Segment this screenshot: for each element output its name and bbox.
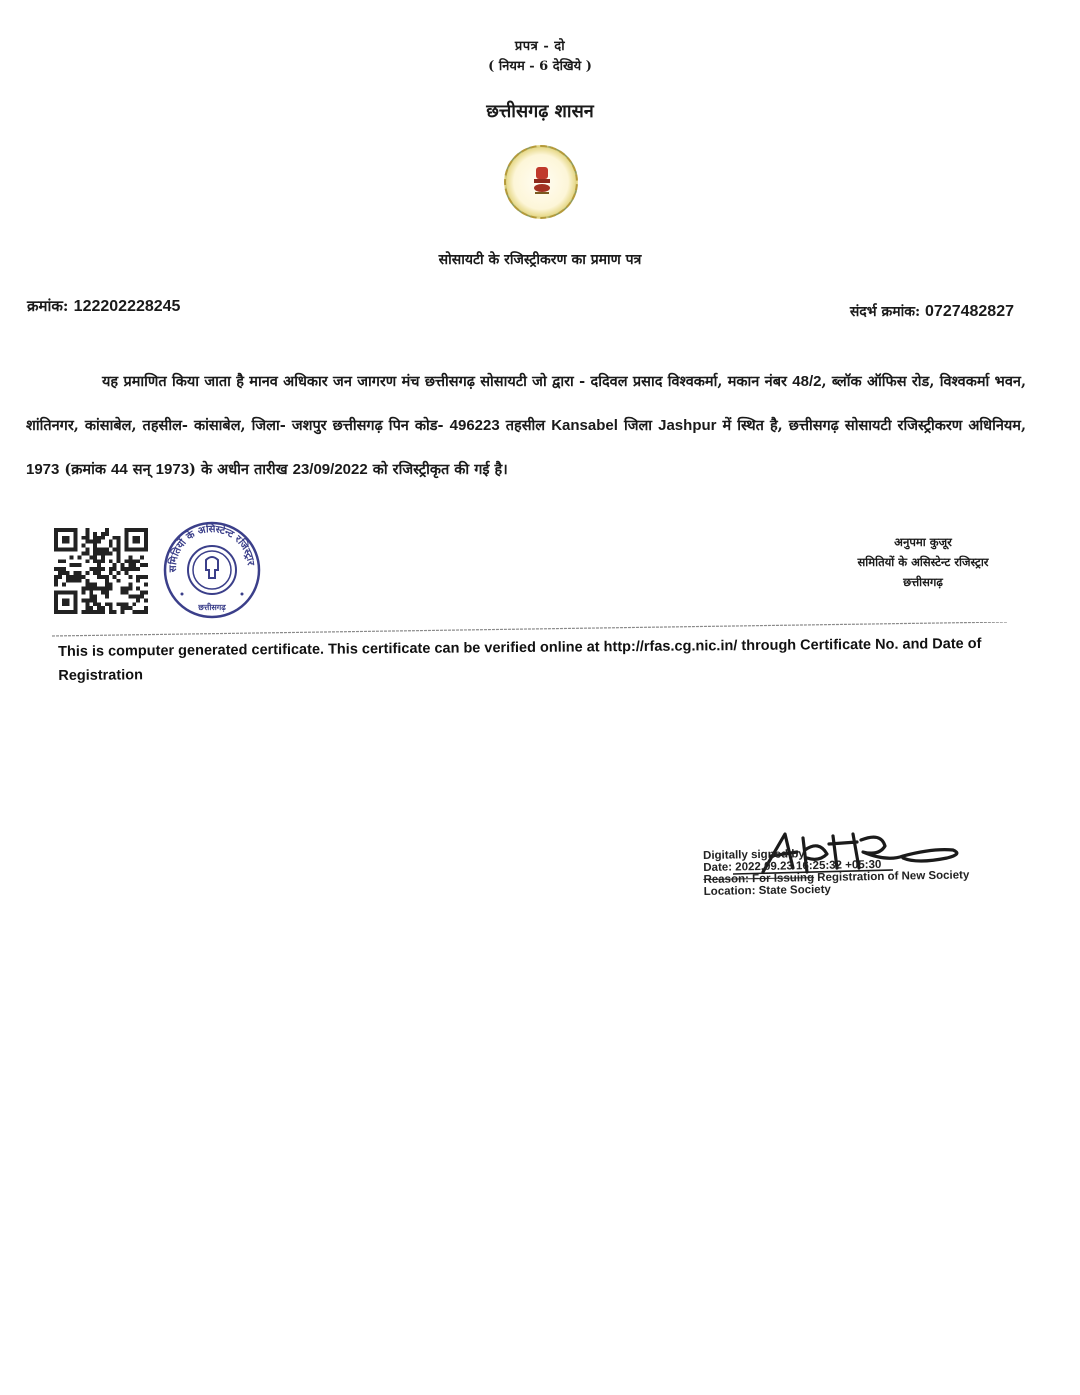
body-text: में स्थित है, छत्तीसगढ़ सोसायटी रजिस्ट्र… (716, 417, 1026, 434)
act-year: 1973 (156, 461, 189, 478)
signatory-designation: समितियों के असिस्टेन्ट रजिस्ट्रार (828, 552, 1018, 572)
body-text: (क्रमांक (59, 461, 111, 478)
government-title: छत्तीसगढ़ शासन (0, 99, 1080, 123)
reference-number-label: संदर्भ क्रमांक: (850, 304, 920, 320)
state-emblem-icon (504, 145, 578, 219)
signatory-name: अनुपमा कुजूर (828, 532, 1018, 552)
body-text: ) के अधीन तारीख (189, 461, 293, 478)
body-text: को रजिस्ट्रीकृत की गई है। (368, 461, 508, 478)
act-number: 44 (111, 461, 128, 478)
verification-note: This is computer generated certificate. … (58, 632, 1018, 688)
act-year: 1973 (26, 461, 59, 478)
certificate-title: सोसायटी के रजिस्ट्रीकरण का प्रमाण पत्र (0, 250, 1080, 269)
tehsil-name: Kansabel (551, 417, 618, 434)
body-text: जिला (618, 417, 658, 434)
body-text: तहसील (500, 417, 551, 434)
body-text: यह प्रमाणित किया जाता है मानव अधिकार जन … (102, 373, 792, 390)
lion-capital-icon (532, 165, 552, 195)
rule-reference: ( नियम - 6 देखिये ) (0, 56, 1080, 74)
certificate-number-value: 122202228245 (74, 298, 181, 315)
signatory-state: छत्तीसगढ़ (828, 572, 1018, 592)
registration-date: 23/09/2022 (293, 461, 368, 478)
signatory-block: अनुपमा कुजूर समितियों के असिस्टेन्ट रजिस… (828, 532, 1018, 592)
digital-signature: Digitally signed by Date: 2022.09.23 16:… (703, 828, 1003, 908)
assistant-registrar-seal-icon: समितियों के असिस्टेन्ट रजिस्ट्रार छत्तीस… (160, 520, 264, 620)
reference-number: संदर्भ क्रमांक: 0727482827 (850, 302, 1014, 321)
pin-code: 496223 (450, 417, 500, 434)
certificate-number-label: क्रमांक: (27, 297, 68, 315)
district-name: Jashpur (658, 417, 716, 434)
certificate-number: क्रमांक: 122202228245 (27, 296, 180, 316)
svg-text:समितियों के असिस्टेन्ट रजिस्ट्: समितियों के असिस्टेन्ट रजिस्ट्रार (166, 522, 256, 573)
form-number: प्रपत्र - दो (0, 36, 1080, 54)
digital-signature-details: Digitally signed by Date: 2022.09.23 16:… (703, 845, 970, 898)
body-text: सन् (128, 461, 156, 478)
qr-code-icon[interactable] (53, 528, 149, 614)
house-number: 48/2 (792, 373, 821, 390)
reference-number-value: 0727482827 (925, 303, 1014, 320)
certificate-body: यह प्रमाणित किया जाता है मानव अधिकार जन … (26, 360, 1026, 492)
svg-text:छत्तीसगढ़: छत्तीसगढ़ (197, 602, 226, 612)
